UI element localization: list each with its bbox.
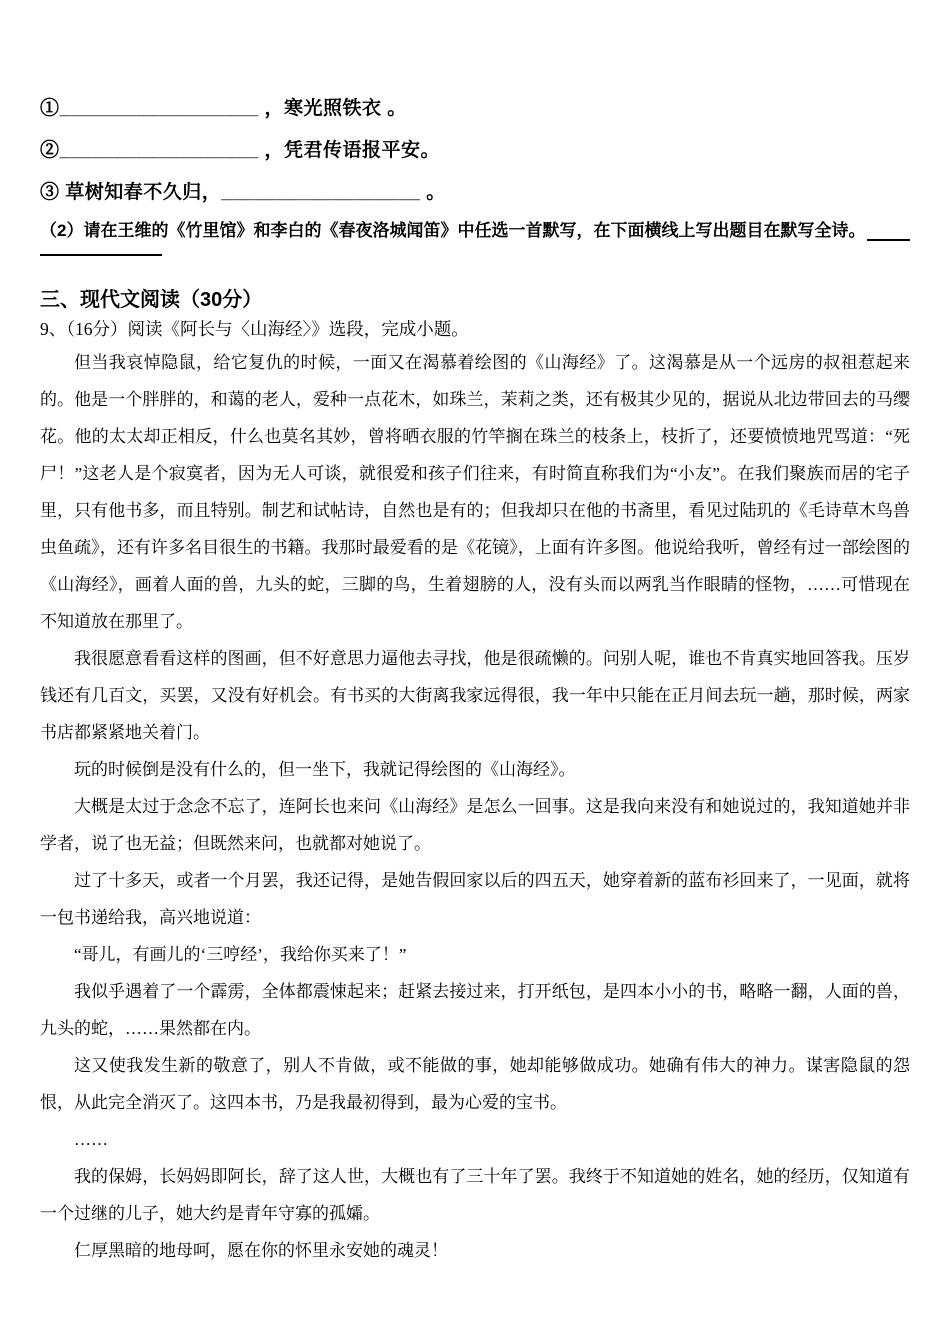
exam-page: ①__________________ ，寒光照铁衣 。 ②__________… — [0, 0, 950, 1344]
dictation-line-2: ②__________________ ，凭君传语报平安。 — [40, 130, 910, 172]
passage-paragraph-2: 我很愿意看看这样的图画，但不好意思力逼他去寻找，他是很疏懒的。问别人呢，谁也不肯… — [40, 640, 910, 751]
passage-paragraph-3: 玩的时候倒是没有什么的，但一坐下，我就记得绘图的《山海经》。 — [40, 751, 910, 788]
question-2-trailing-blank-line — [867, 239, 910, 241]
section-heading-modern-reading: 三、现代文阅读（30分） — [40, 286, 910, 314]
question-2-continuation-blank-line — [40, 254, 162, 256]
passage-paragraph-8: 这又使我发生新的敬意了，别人不肯做，或不能做的事，她却能够做成功。她确有伟大的神… — [40, 1047, 910, 1121]
passage-paragraph-10: 我的保姆，长妈妈即阿长，辞了这人世，大概也有了三十年了罢。我终于不知道她的姓名，… — [40, 1158, 910, 1232]
passage-paragraph-7: 我似乎遇着了一个霹雳，全体都震悚起来；赶紧去接过来，打开纸包，是四本小小的书，略… — [40, 973, 910, 1047]
question-2-text: （2）请在王维的《竹里馆》和李白的《春夜洛城闻笛》中任选一首默写，在下面横线上写… — [40, 214, 865, 248]
passage-paragraph-4: 大概是太过于念念不忘了，连阿长也来问《山海经》是怎么一回事。这是我向来没有和她说… — [40, 788, 910, 862]
dictation-line-3: ③ 草树知春不久归，__________________ 。 — [40, 172, 910, 214]
passage-paragraph-11: 仁厚黑暗的地母呵，愿在你的怀里永安她的魂灵！ — [40, 1232, 910, 1269]
reading-passage: 但当我哀悼隐鼠，给它复仇的时候，一面又在渴慕着绘图的《山海经》了。这渴慕是从一个… — [40, 344, 910, 1269]
question-2-continuation-row — [40, 254, 910, 284]
passage-paragraph-6: “哥儿，有画儿的‘三哼经’，我给你买来了！” — [40, 936, 910, 973]
question-2-row: （2）请在王维的《竹里馆》和李白的《春夜洛城闻笛》中任选一首默写，在下面横线上写… — [40, 214, 910, 248]
passage-paragraph-5: 过了十多天，或者一个月罢，我还记得，是她告假回家以后的四五天，她穿着新的蓝布衫回… — [40, 862, 910, 936]
passage-paragraph-9: …… — [40, 1121, 910, 1158]
dictation-line-1: ①__________________ ，寒光照铁衣 。 — [40, 88, 910, 130]
passage-paragraph-1: 但当我哀悼隐鼠，给它复仇的时候，一面又在渴慕着绘图的《山海经》了。这渴慕是从一个… — [40, 344, 910, 640]
question-9-intro: 9、（16分）阅读《阿长与〈山海经〉》选段，完成小题。 — [40, 314, 910, 344]
